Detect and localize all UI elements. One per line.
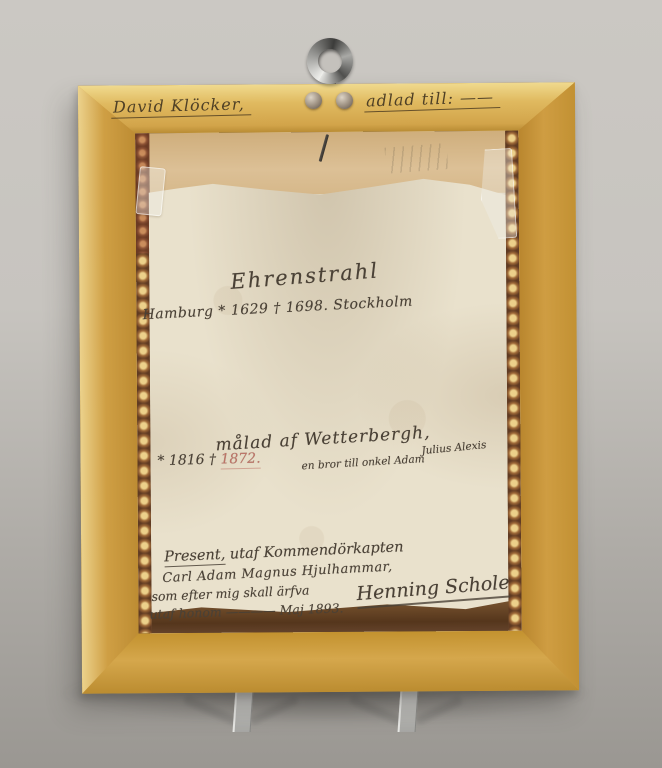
provenance-word-present: Present, — [164, 547, 226, 568]
painter-death-year-red: 1872. — [220, 451, 261, 470]
acrylic-stand-leg-right — [398, 690, 419, 732]
hanging-ring-icon — [307, 38, 353, 84]
gilded-frame-back: David Klöcker, adlad till: —— Ehrenstrah… — [78, 82, 579, 693]
ring-hole — [318, 49, 342, 73]
frame-rail-left — [78, 85, 139, 693]
frame-inscription-left: David Klöcker, — [111, 94, 251, 116]
frame-inscription-right: adlad till: —— — [364, 87, 501, 110]
frame-rail-bottom — [82, 630, 579, 693]
frame-rail-right — [518, 82, 579, 690]
mounting-screw-icon — [305, 92, 322, 109]
frame-inscription-left-text: David Klöcker, — [111, 94, 251, 118]
photo-of-frame-back: David Klöcker, adlad till: —— Ehrenstrah… — [0, 0, 662, 768]
pencil-marks — [384, 143, 448, 174]
frame-inscription-right-text: adlad till: —— — [364, 87, 501, 112]
mounting-screw-icon — [336, 92, 353, 109]
painter-dates-line: * 1816 † 1872. — [157, 451, 260, 470]
painter-dates-black: * 1816 † — [157, 452, 216, 469]
acrylic-stand-leg-left — [233, 690, 254, 732]
frame-inner-recess: Ehrenstrahl Hamburg * 1629 † 1698. Stock… — [135, 131, 521, 634]
plastic-corner-top-left — [135, 166, 166, 216]
